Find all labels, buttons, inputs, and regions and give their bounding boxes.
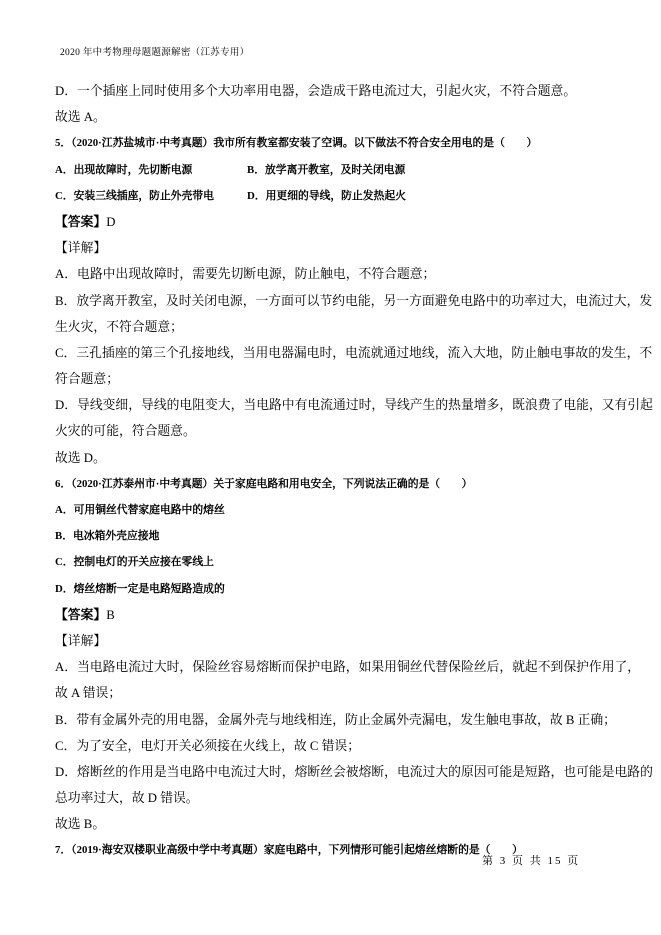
detail-label: 【详解】: [55, 628, 651, 654]
page-footer: 第 3 页 共 15 页: [482, 852, 580, 868]
explanation-line: B．带有金属外壳的用电器，金属外壳与地线相连，防止金属外壳漏电，发生触电事故，故…: [55, 707, 651, 733]
conclusion-line: 故选 B。: [55, 811, 651, 837]
option-row: C．安装三线插座，防止外壳带电D．用更细的导线，防止发热起火: [55, 183, 651, 209]
answer-value: D: [106, 215, 115, 229]
continuation-line: 总功率过大，故 D 错误。: [55, 785, 651, 811]
conclusion-line: 故选 A。: [55, 104, 651, 130]
option-line: B．电冰箱外壳应接地: [55, 523, 651, 549]
continuation-line: 生火灾，不符合题意；: [55, 314, 651, 340]
page-header-title: 2020 年中考物理母题题源解密（江苏专用）: [60, 44, 249, 58]
option-line: A．可用铜丝代替家庭电路中的熔丝: [55, 497, 651, 523]
explanation-line: D．熔断丝的作用是当电路中电流过大时，熔断丝会被熔断，电流过大的原因可能是短路，…: [55, 759, 651, 785]
answer-line: 【答案】D: [55, 209, 651, 235]
explanation-line: D．导线变细，导线的电阻变大，当电路中有电流通过时，导线产生的热量增多，既浪费了…: [55, 392, 651, 418]
explanation-line: A．电路中出现故障时，需要先切断电源，防止触电，不符合题意；: [55, 261, 651, 287]
answer-label: 【答案】: [55, 215, 106, 229]
option-text: D．用更细的导线，防止发热起火: [247, 190, 406, 202]
explanation-line: C．为了安全，电灯开关必须接在火线上，故 C 错误；: [55, 733, 651, 759]
continuation-line: 火灾的可能，符合题意。: [55, 418, 651, 444]
option-text: A．出现故障时，先切断电源: [55, 157, 247, 183]
question-stem: 6．（2020·江苏泰州市·中考真题）关于家庭电路和用电安全，下列说法正确的是（…: [55, 471, 651, 497]
continuation-line: 故 A 错误；: [55, 680, 651, 706]
option-row: A．出现故障时，先切断电源B．放学离开教室，及时关闭电源: [55, 157, 651, 183]
detail-label: 【详解】: [55, 235, 651, 261]
explanation-line: D．一个插座上同时使用多个大功率用电器，会造成干路电流过大，引起火灾，不符合题意…: [55, 78, 651, 104]
option-text: C．安装三线插座，防止外壳带电: [55, 183, 247, 209]
answer-value: B: [106, 608, 115, 622]
document-lines: D．一个插座上同时使用多个大功率用电器，会造成干路电流过大，引起火灾，不符合题意…: [55, 78, 651, 864]
explanation-line: C．三孔插座的第三个孔接地线，当用电器漏电时，电流就通过地线，流入大地，防止触电…: [55, 340, 651, 366]
option-line: D．熔丝熔断一定是电路短路造成的: [55, 576, 651, 602]
explanation-line: B．放学离开教室，及时关闭电源，一方面可以节约电能，另一方面避免电路中的功率过大…: [55, 288, 651, 314]
conclusion-line: 故选 D。: [55, 445, 651, 471]
answer-label: 【答案】: [55, 608, 106, 622]
explanation-line: A．当电路电流过大时，保险丝容易熔断而保护电路，如果用铜丝代替保险丝后，就起不到…: [55, 654, 651, 680]
option-line: C．控制电灯的开关应接在零线上: [55, 549, 651, 575]
question-stem: 5．（2020·江苏盐城市·中考真题）我市所有教室都安装了空调。以下做法不符合安…: [55, 130, 651, 156]
document-page: 2020 年中考物理母题题源解密（江苏专用） D．一个插座上同时使用多个大功率用…: [0, 0, 661, 935]
answer-line: 【答案】B: [55, 602, 651, 628]
option-text: B．放学离开教室，及时关闭电源: [247, 164, 405, 176]
continuation-line: 符合题意；: [55, 366, 651, 392]
